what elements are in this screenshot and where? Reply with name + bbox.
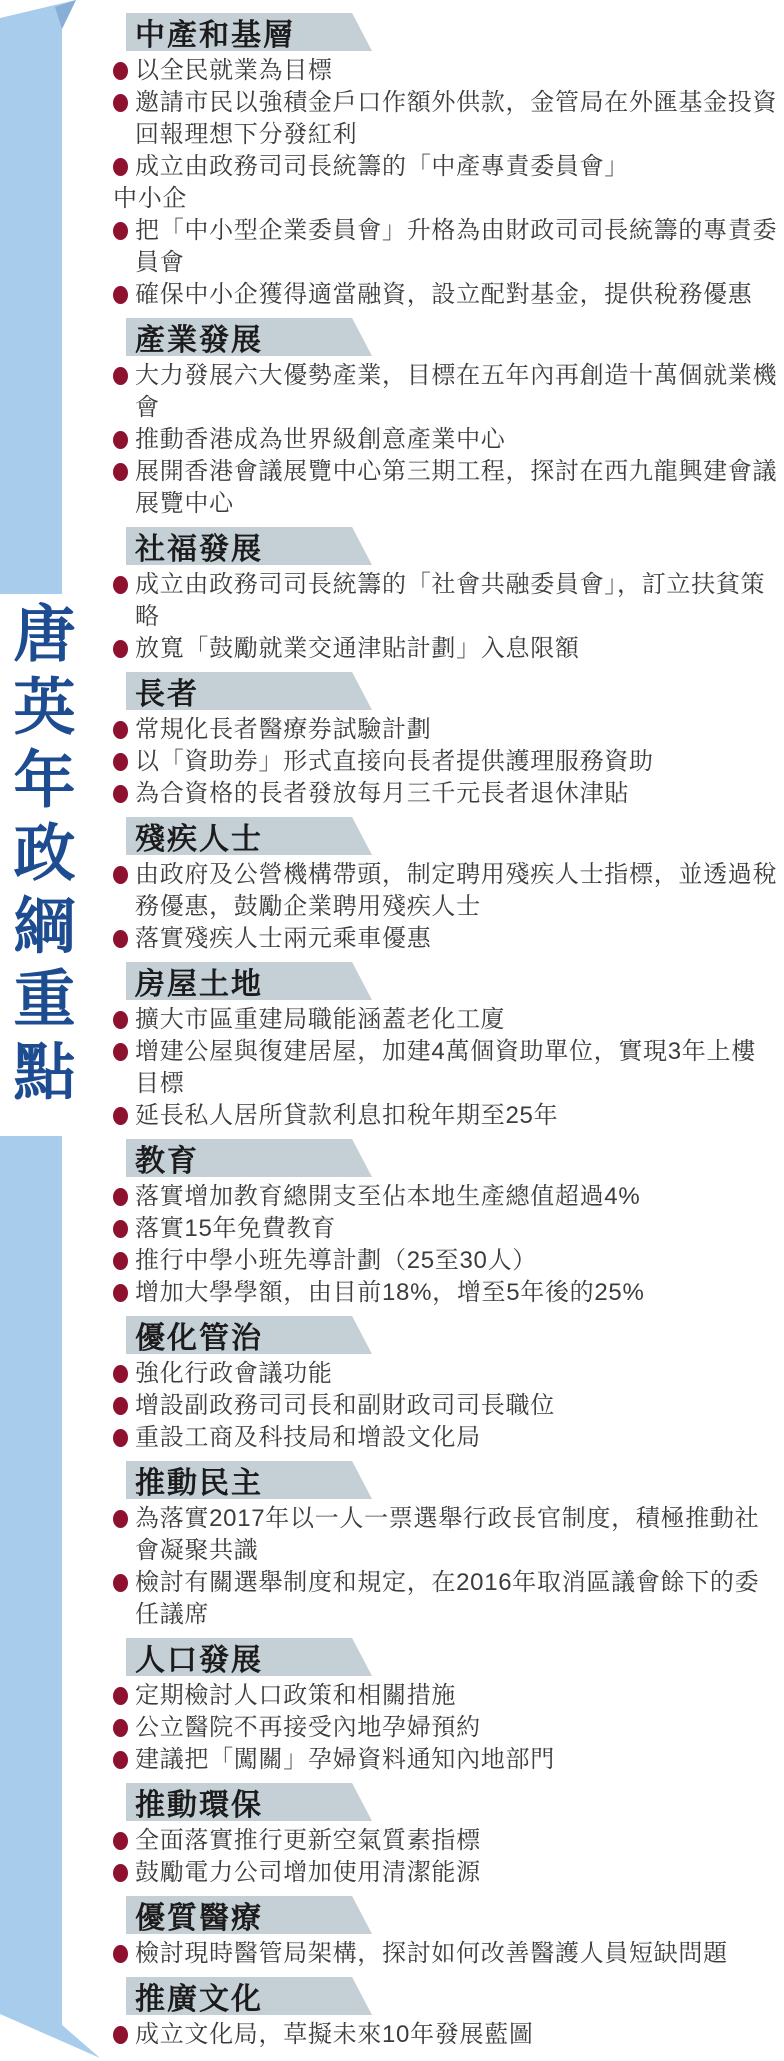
bullet-icon bbox=[113, 640, 128, 658]
policy-item-text: 建議把「闖關」孕婦資料通知內地部門 bbox=[135, 1746, 555, 1773]
policy-item-text: 為合資格的長者發放每月三千元長者退休津貼 bbox=[135, 780, 629, 807]
bullet-icon bbox=[113, 1365, 128, 1383]
section-header-label: 人口發展 bbox=[135, 1635, 263, 1679]
policy-item: 推行中學小班先導計劃（25至30人） bbox=[113, 1245, 779, 1277]
section-items: 定期檢討人口政策和相關措施 公立醫院不再接受內地孕婦預約 建議把「闖關」孕婦資料… bbox=[113, 1680, 779, 1776]
section-items: 以全民就業為目標 邀請市民以強積金戶口作額外供款，金管局在外匯基金投資回報理想下… bbox=[113, 55, 779, 311]
policy-item-text: 增加大學學額，由目前18%，增至5年後的25% bbox=[135, 1279, 645, 1306]
subsection-label: 中小企 bbox=[113, 183, 779, 215]
section-header: 產業發展 bbox=[126, 318, 372, 356]
bullet-icon bbox=[113, 1864, 128, 1882]
policy-item-text: 常規化長者醫療券試驗計劃 bbox=[135, 716, 431, 743]
section-items: 常規化長者醫療券試驗計劃 以「資助券」形式直接向長者提供護理服務資助 為合資格的… bbox=[113, 714, 779, 810]
policy-item-text: 以「資助券」形式直接向長者提供護理服務資助 bbox=[135, 748, 654, 775]
bullet-icon bbox=[113, 286, 128, 304]
policy-item-text: 邀請市民以強積金戶口作額外供款，金管局在外匯基金投資回報理想下分發紅利 bbox=[135, 89, 777, 148]
section-header-label: 優化管治 bbox=[135, 1313, 263, 1357]
section-items: 成立由政務司司長統籌的「社會共融委員會」，訂立扶貧策略 放寬「鼓勵就業交通津貼計… bbox=[113, 569, 779, 665]
section-items: 全面落實推行更新空氣質素指標 鼓勵電力公司增加使用清潔能源 bbox=[113, 1825, 779, 1889]
policy-item-text: 把「中小型企業委員會」升格為由財政司司長統籌的專責委員會 bbox=[135, 217, 777, 276]
policy-item-text: 全面落實推行更新空氣質素指標 bbox=[135, 1827, 481, 1854]
policy-item: 重設工商及科技局和增設文化局 bbox=[113, 1422, 779, 1454]
policy-item-text: 推動香港成為世界級創意產業中心 bbox=[135, 426, 506, 453]
bullet-icon bbox=[113, 1220, 128, 1238]
policy-item: 為合資格的長者發放每月三千元長者退休津貼 bbox=[113, 778, 779, 810]
section: 教育 落實增加教育總開支至佔本地生產總值超過4% 落實15年免費教育 推行中學小… bbox=[113, 1139, 779, 1309]
policy-item-text: 增設副政務司司長和副財政司司長職位 bbox=[135, 1392, 555, 1419]
section-header: 社福發展 bbox=[126, 527, 372, 565]
policy-item-text: 延長私人居所貸款利息扣稅年期至25年 bbox=[135, 1102, 558, 1129]
section-header-label: 推動環保 bbox=[135, 1780, 263, 1824]
section: 長者 常規化長者醫療券試驗計劃 以「資助券」形式直接向長者提供護理服務資助 為合… bbox=[113, 672, 779, 810]
section-items: 強化行政會議功能 增設副政務司司長和副財政司司長職位 重設工商及科技局和增設文化… bbox=[113, 1358, 779, 1454]
policy-item: 放寬「鼓勵就業交通津貼計劃」入息限額 bbox=[113, 633, 779, 665]
policy-item: 落實增加教育總開支至佔本地生產總值超過4% bbox=[113, 1181, 779, 1213]
section: 優質醫療 檢討現時醫管局架構，探討如何改善醫護人員短缺問題 bbox=[113, 1896, 779, 1970]
policy-item-text: 鼓勵電力公司增加使用清潔能源 bbox=[135, 1859, 481, 1886]
policy-item: 展開香港會議展覽中心第三期工程，探討在西九龍興建會議展覽中心 bbox=[113, 456, 779, 520]
policy-item-text: 公立醫院不再接受內地孕婦預約 bbox=[135, 1714, 481, 1741]
section-items: 擴大市區重建局職能涵蓋老化工廈 增建公屋與復建居屋，加建4萬個資助單位，實現3年… bbox=[113, 1004, 779, 1132]
section: 推動環保 全面落實推行更新空氣質素指標 鼓勵電力公司增加使用清潔能源 bbox=[113, 1783, 779, 1889]
bullet-icon bbox=[113, 1751, 128, 1769]
section: 產業發展 大力發展六大優勢產業，目標在五年內再創造十萬個就業機會 推動香港成為世… bbox=[113, 318, 779, 520]
policy-item: 成立文化局，草擬未來10年發展藍圖 bbox=[113, 2019, 779, 2051]
bullet-icon bbox=[113, 1832, 128, 1850]
policy-item-text: 落實15年免費教育 bbox=[135, 1215, 336, 1242]
bullet-icon bbox=[113, 463, 128, 481]
policy-item: 建議把「闖關」孕婦資料通知內地部門 bbox=[113, 1744, 779, 1776]
section-header-label: 推動民主 bbox=[135, 1458, 263, 1502]
policy-item-text: 為落實2017年以一人一票選舉行政長官制度，積極推動社會凝聚共識 bbox=[135, 1505, 759, 1564]
policy-item: 大力發展六大優勢產業，目標在五年內再創造十萬個就業機會 bbox=[113, 360, 779, 424]
section-items: 為落實2017年以一人一票選舉行政長官制度，積極推動社會凝聚共識 檢討有關選舉制… bbox=[113, 1503, 779, 1631]
section-items: 成立文化局，草擬未來10年發展藍圖 bbox=[113, 2019, 779, 2051]
bullet-icon bbox=[113, 1011, 128, 1029]
policy-item-text: 增建公屋與復建居屋，加建4萬個資助單位，實現3年上樓目標 bbox=[135, 1038, 756, 1097]
policy-item: 全面落實推行更新空氣質素指標 bbox=[113, 1825, 779, 1857]
policy-item: 增設副政務司司長和副財政司司長職位 bbox=[113, 1390, 779, 1422]
policy-item: 落實15年免費教育 bbox=[113, 1213, 779, 1245]
infographic-page: 唐英年政綱重點 中產和基層 以全民就業為目標 邀請市民以強積金戶口作額外供款，金… bbox=[0, 0, 784, 2061]
policy-item-text: 定期檢討人口政策和相關措施 bbox=[135, 1682, 456, 1709]
subsection-label-text: 中小企 bbox=[113, 185, 187, 212]
section-header: 推廣文化 bbox=[126, 1977, 372, 2015]
policy-item-text: 成立由政務司司長統籌的「社會共融委員會」，訂立扶貧策略 bbox=[135, 571, 765, 630]
policy-item: 擴大市區重建局職能涵蓋老化工廈 bbox=[113, 1004, 779, 1036]
bullet-icon bbox=[113, 1188, 128, 1206]
bullet-icon bbox=[113, 367, 128, 385]
policy-item-text: 由政府及公營機構帶頭，制定聘用殘疾人士指標，並透過稅務優惠，鼓勵企業聘用殘疾人士 bbox=[135, 861, 777, 920]
section: 中產和基層 以全民就業為目標 邀請市民以強積金戶口作額外供款，金管局在外匯基金投… bbox=[113, 13, 779, 311]
ribbon-bottom-segment bbox=[0, 1136, 100, 2058]
bullet-icon bbox=[113, 1284, 128, 1302]
section-header: 長者 bbox=[126, 672, 372, 710]
policy-item: 強化行政會議功能 bbox=[113, 1358, 779, 1390]
section: 房屋土地 擴大市區重建局職能涵蓋老化工廈 增建公屋與復建居屋，加建4萬個資助單位… bbox=[113, 962, 779, 1132]
policy-item-text: 檢討現時醫管局架構，探討如何改善醫護人員短缺問題 bbox=[135, 1940, 728, 1967]
bullet-icon bbox=[113, 1043, 128, 1061]
policy-item-text: 擴大市區重建局職能涵蓋老化工廈 bbox=[135, 1006, 506, 1033]
section-header: 殘疾人士 bbox=[126, 817, 372, 855]
policy-item-text: 大力發展六大優勢產業，目標在五年內再創造十萬個就業機會 bbox=[135, 362, 777, 421]
section-header: 人口發展 bbox=[126, 1638, 372, 1676]
policy-item: 由政府及公營機構帶頭，制定聘用殘疾人士指標，並透過稅務優惠，鼓勵企業聘用殘疾人士 bbox=[113, 859, 779, 923]
policy-item: 以全民就業為目標 bbox=[113, 55, 779, 87]
section: 社福發展 成立由政務司司長統籌的「社會共融委員會」，訂立扶貧策略 放寬「鼓勵就業… bbox=[113, 527, 779, 665]
section-header-label: 社福發展 bbox=[135, 524, 263, 568]
policy-item: 把「中小型企業委員會」升格為由財政司司長統籌的專責委員會 bbox=[113, 215, 779, 279]
policy-item: 公立醫院不再接受內地孕婦預約 bbox=[113, 1712, 779, 1744]
policy-item: 成立由政務司司長統籌的「社會共融委員會」，訂立扶貧策略 bbox=[113, 569, 779, 633]
policy-item-text: 展開香港會議展覽中心第三期工程，探討在西九龍興建會議展覽中心 bbox=[135, 458, 777, 517]
policy-item: 延長私人居所貸款利息扣稅年期至25年 bbox=[113, 1100, 779, 1132]
bullet-icon bbox=[113, 866, 128, 884]
policy-item-text: 落實殘疾人士兩元乘車優惠 bbox=[135, 925, 431, 952]
bullet-icon bbox=[113, 576, 128, 594]
section: 優化管治 強化行政會議功能 增設副政務司司長和副財政司司長職位 重設工商及科技局… bbox=[113, 1316, 779, 1454]
policy-item-text: 成立文化局，草擬未來10年發展藍圖 bbox=[135, 2021, 534, 2048]
policy-item: 增加大學學額，由目前18%，增至5年後的25% bbox=[113, 1277, 779, 1309]
section-header: 推動民主 bbox=[126, 1461, 372, 1499]
section-items: 大力發展六大優勢產業，目標在五年內再創造十萬個就業機會 推動香港成為世界級創意產… bbox=[113, 360, 779, 520]
section-header: 教育 bbox=[126, 1139, 372, 1177]
policy-item-text: 檢討有關選舉制度和規定，在2016年取消區議會餘下的委任議席 bbox=[135, 1569, 759, 1628]
section-items: 由政府及公營機構帶頭，制定聘用殘疾人士指標，並透過稅務優惠，鼓勵企業聘用殘疾人士… bbox=[113, 859, 779, 955]
bullet-icon bbox=[113, 1945, 128, 1963]
section-header-label: 殘疾人士 bbox=[135, 814, 263, 858]
policy-item-text: 推行中學小班先導計劃（25至30人） bbox=[135, 1247, 537, 1274]
section: 推廣文化 成立文化局，草擬未來10年發展藍圖 bbox=[113, 1977, 779, 2051]
section: 人口發展 定期檢討人口政策和相關措施 公立醫院不再接受內地孕婦預約 建議把「闖關… bbox=[113, 1638, 779, 1776]
bullet-icon bbox=[113, 1687, 128, 1705]
section-items: 檢討現時醫管局架構，探討如何改善醫護人員短缺問題 bbox=[113, 1938, 779, 1970]
bullet-icon bbox=[113, 2026, 128, 2044]
policy-item: 成立由政務司司長統籌的「中產專責委員會」 bbox=[113, 151, 779, 183]
policy-item: 定期檢討人口政策和相關措施 bbox=[113, 1680, 779, 1712]
section-header: 中產和基層 bbox=[126, 13, 372, 51]
bullet-icon bbox=[113, 1719, 128, 1737]
section-header-label: 中產和基層 bbox=[135, 10, 295, 54]
policy-item-text: 落實增加教育總開支至佔本地生產總值超過4% bbox=[135, 1183, 640, 1210]
section-items: 落實增加教育總開支至佔本地生產總值超過4% 落實15年免費教育 推行中學小班先導… bbox=[113, 1181, 779, 1309]
section-header-label: 房屋土地 bbox=[135, 959, 263, 1003]
section: 殘疾人士 由政府及公營機構帶頭，制定聘用殘疾人士指標，並透過稅務優惠，鼓勵企業聘… bbox=[113, 817, 779, 955]
policy-item: 確保中小企獲得適當融資，設立配對基金，提供稅務優惠 bbox=[113, 279, 779, 311]
bullet-icon bbox=[113, 785, 128, 803]
policy-item: 邀請市民以強積金戶口作額外供款，金管局在外匯基金投資回報理想下分發紅利 bbox=[113, 87, 779, 151]
policy-item-text: 重設工商及科技局和增設文化局 bbox=[135, 1424, 481, 1451]
policy-item: 增建公屋與復建居屋，加建4萬個資助單位，實現3年上樓目標 bbox=[113, 1036, 779, 1100]
bullet-icon bbox=[113, 94, 128, 112]
bullet-icon bbox=[113, 158, 128, 176]
ribbon-top-segment bbox=[0, 0, 76, 594]
policy-item: 落實殘疾人士兩元乘車優惠 bbox=[113, 923, 779, 955]
policy-item-text: 放寬「鼓勵就業交通津貼計劃」入息限額 bbox=[135, 635, 580, 662]
policy-item: 檢討現時醫管局架構，探討如何改善醫護人員短缺問題 bbox=[113, 1938, 779, 1970]
section: 推動民主 為落實2017年以一人一票選舉行政長官制度，積極推動社會凝聚共識 檢討… bbox=[113, 1461, 779, 1631]
section-header: 房屋土地 bbox=[126, 962, 372, 1000]
policy-item: 檢討有關選舉制度和規定，在2016年取消區議會餘下的委任議席 bbox=[113, 1567, 779, 1631]
bullet-icon bbox=[113, 1574, 128, 1592]
bullet-icon bbox=[113, 62, 128, 80]
policy-item-text: 強化行政會議功能 bbox=[135, 1360, 333, 1387]
bullet-icon bbox=[113, 1397, 128, 1415]
policy-item: 以「資助券」形式直接向長者提供護理服務資助 bbox=[113, 746, 779, 778]
policy-item-text: 以全民就業為目標 bbox=[135, 57, 333, 84]
section-header-label: 推廣文化 bbox=[135, 1974, 263, 2018]
section-header-label: 教育 bbox=[135, 1136, 199, 1180]
bullet-icon bbox=[113, 930, 128, 948]
section-header: 優質醫療 bbox=[126, 1896, 372, 1934]
policy-item: 推動香港成為世界級創意產業中心 bbox=[113, 424, 779, 456]
policy-item-text: 確保中小企獲得適當融資，設立配對基金，提供稅務優惠 bbox=[135, 281, 753, 308]
policy-sections: 中產和基層 以全民就業為目標 邀請市民以強積金戶口作額外供款，金管局在外匯基金投… bbox=[113, 12, 779, 2051]
policy-item: 為落實2017年以一人一票選舉行政長官制度，積極推動社會凝聚共識 bbox=[113, 1503, 779, 1567]
bullet-icon bbox=[113, 1252, 128, 1270]
section-header-label: 產業發展 bbox=[135, 315, 263, 359]
policy-item-text: 成立由政務司司長統籌的「中產專責委員會」 bbox=[135, 153, 629, 180]
bullet-icon bbox=[113, 1107, 128, 1125]
bullet-icon bbox=[113, 1429, 128, 1447]
page-title: 唐英年政綱重點 bbox=[4, 601, 72, 1112]
bullet-icon bbox=[113, 1510, 128, 1528]
section-header-label: 長者 bbox=[135, 669, 199, 713]
section-header: 優化管治 bbox=[126, 1316, 372, 1354]
policy-item: 常規化長者醫療券試驗計劃 bbox=[113, 714, 779, 746]
section-header-label: 優質醫療 bbox=[135, 1893, 263, 1937]
bullet-icon bbox=[113, 753, 128, 771]
bullet-icon bbox=[113, 431, 128, 449]
section-header: 推動環保 bbox=[126, 1783, 372, 1821]
bullet-icon bbox=[113, 721, 128, 739]
bullet-icon bbox=[113, 222, 128, 240]
policy-item: 鼓勵電力公司增加使用清潔能源 bbox=[113, 1857, 779, 1889]
